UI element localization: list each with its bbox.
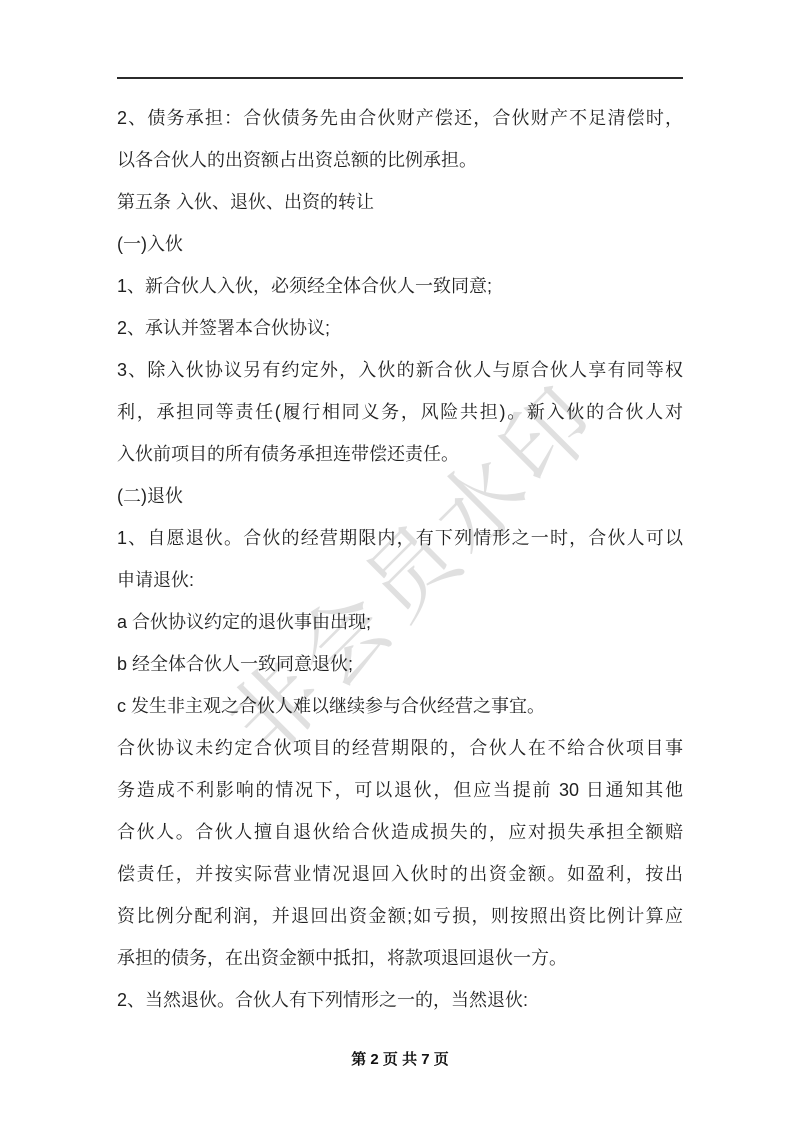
text-line: 务造成不利影响的情况下，可以退伙，但应当提前 30 日通知其他 (117, 769, 683, 811)
text-line: 入伙前项目的所有债务承担连带偿还责任。 (117, 433, 683, 475)
text-line: (一)入伙 (117, 223, 683, 265)
text-line: 3、除入伙协议另有约定外，入伙的新合伙人与原合伙人享有同等权 (117, 349, 683, 391)
text-line: b 经全体合伙人一致同意退伙; (117, 643, 683, 685)
text-line: (二)退伙 (117, 475, 683, 517)
text-line: 以各合伙人的出资额占出资总额的比例承担。 (117, 139, 683, 181)
document-page: 非会员水印 2、债务承担：合伙债务先由合伙财产偿还，合伙财产不足清偿时， 以各合… (0, 0, 800, 1131)
text-line: 1、自愿退伙。合伙的经营期限内，有下列情形之一时，合伙人可以 (117, 517, 683, 559)
text-line: 资比例分配利润，并退回出资金额;如亏损，则按照出资比例计算应 (117, 895, 683, 937)
text-line: 2、债务承担：合伙债务先由合伙财产偿还，合伙财产不足清偿时， (117, 97, 683, 139)
text-line: c 发生非主观之合伙人难以继续参与合伙经营之事宜。 (117, 685, 683, 727)
text-line: 利，承担同等责任(履行相同义务，风险共担)。新入伙的合伙人对 (117, 391, 683, 433)
header-divider (117, 77, 683, 79)
text-line: 偿责任，并按实际营业情况退回入伙时的出资金额。如盈利，按出 (117, 853, 683, 895)
text-line: 承担的债务，在出资金额中抵扣，将款项退回退伙一方。 (117, 937, 683, 979)
text-line: 1、新合伙人入伙，必须经全体合伙人一致同意; (117, 265, 683, 307)
page-number: 第 2 页 共 7 页 (0, 1048, 800, 1069)
text-line: a 合伙协议约定的退伙事由出现; (117, 601, 683, 643)
text-line: 2、当然退伙。合伙人有下列情形之一的，当然退伙: (117, 979, 683, 1021)
body-text: 2、债务承担：合伙债务先由合伙财产偿还，合伙财产不足清偿时， 以各合伙人的出资额… (117, 97, 683, 1021)
text-line: 第五条 入伙、退伙、出资的转让 (117, 181, 683, 223)
text-line: 合伙协议未约定合伙项目的经营期限的，合伙人在不给合伙项目事 (117, 727, 683, 769)
text-line: 申请退伙: (117, 559, 683, 601)
text-line: 合伙人。合伙人擅自退伙给合伙造成损失的，应对损失承担全额赔 (117, 811, 683, 853)
text-line: 2、承认并签署本合伙协议; (117, 307, 683, 349)
